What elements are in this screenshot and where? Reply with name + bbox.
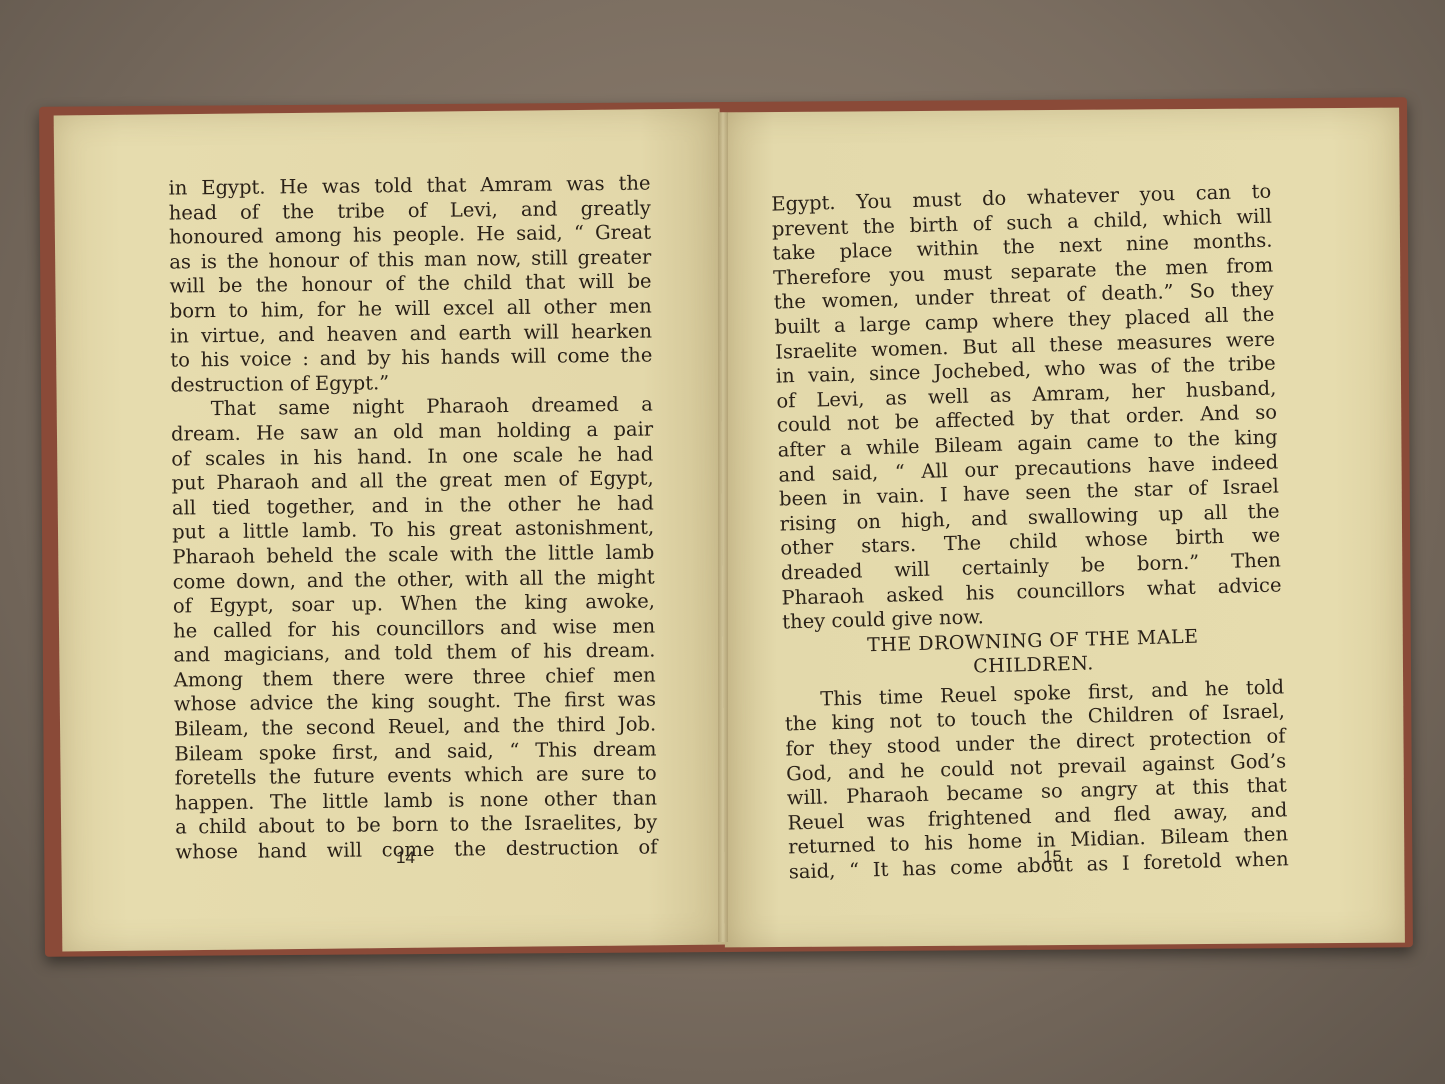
text-line: whose hand will come the destruction of [175,835,657,865]
text-line: to his voice : and by his hands will com… [170,344,652,374]
page-number-right: 15 [1043,847,1062,867]
page-number-left: 14 [396,848,415,868]
left-page-text: in Egypt. He was told that Amram was the… [168,171,657,865]
right-page-text: Egypt. You must do whatever you can to p… [771,180,1289,885]
book-gutter [718,112,728,942]
